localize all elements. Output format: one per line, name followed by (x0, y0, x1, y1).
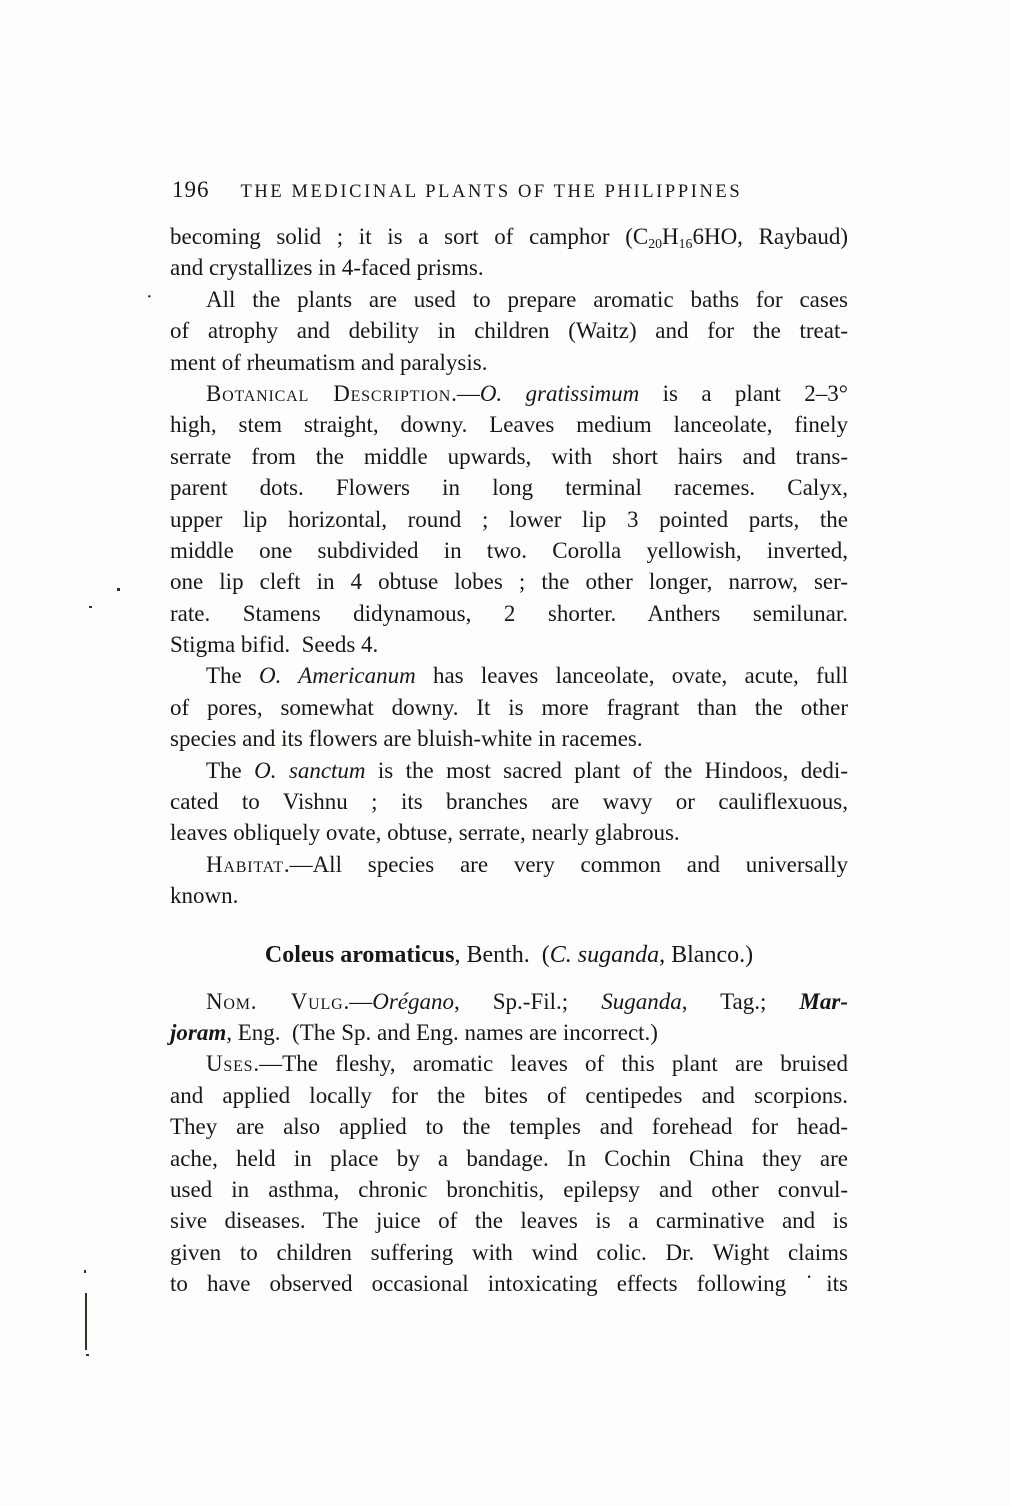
text-run: and crystallizes in 4-faced prisms. (170, 255, 484, 280)
text-run: is a plant 2–3° (639, 381, 848, 406)
text-line: given to children suffering with wind co… (170, 1237, 848, 1268)
text-line: Botanical Description.—O. gratissimum is… (170, 378, 848, 409)
text-run: They are also applied to the temples and… (170, 1114, 848, 1139)
page-header: 196 THE MEDICINAL PLANTS OF THE PHILIPPI… (172, 177, 850, 203)
text-line: upper lip horizontal, round ; lower lip … (170, 504, 848, 535)
text-line: They are also applied to the temples and… (170, 1111, 848, 1142)
text-run: All the plants are used to prepare aroma… (206, 287, 848, 312)
text-run: The (206, 663, 259, 688)
text-run: one lip cleft in 4 obtuse lobes ; the ot… (170, 569, 848, 594)
text-run: O. sanctum (254, 758, 365, 783)
section-heading: Coleus aromaticus, Benth. (C. suganda, B… (170, 938, 848, 972)
text-line: of atrophy and debility in children (Wai… (170, 315, 848, 346)
text-run: , Tag.; (682, 989, 800, 1014)
text-run: O. gratissimum (480, 381, 639, 406)
text-run: cated to Vishnu ; its branches are wavy … (170, 789, 848, 814)
text-run: and applied locally for the bites of cen… (170, 1083, 848, 1108)
text-run: used in asthma, chronic bronchitis, epil… (170, 1177, 848, 1202)
text-line: one lip cleft in 4 obtuse lobes ; the ot… (170, 566, 848, 597)
text-run: Botanical Description (206, 381, 451, 406)
text-run: 20 (648, 236, 662, 251)
text-line: The O. sanctum is the most sacred plant … (170, 755, 848, 786)
text-line: serrate from the middle upwards, with sh… (170, 441, 848, 472)
ink-mark (84, 1270, 86, 1273)
text-run: given to children suffering with wind co… (170, 1240, 848, 1265)
text-run: is the most sacred plant of the Hindoos,… (366, 758, 848, 783)
running-title: THE MEDICINAL PLANTS OF THE PHILIPPINES (241, 182, 743, 203)
text-run: parent dots. Flowers in long terminal ra… (170, 475, 848, 500)
text-run: middle one subdivided in two. Corolla ye… (170, 538, 848, 563)
text-line: and applied locally for the bites of cen… (170, 1080, 848, 1111)
text-block: becoming solid ; it is a sort of camphor… (170, 221, 848, 1300)
text-line: leaves obliquely ovate, obtuse, serrate,… (170, 817, 848, 848)
text-run: leaves obliquely ovate, obtuse, serrate,… (170, 820, 680, 845)
text-run: , Blanco.) (659, 942, 753, 968)
text-run: Habitat (206, 852, 284, 877)
text-line: of pores, somewhat downy. It is more fra… (170, 692, 848, 723)
book-page: 196 THE MEDICINAL PLANTS OF THE PHILIPPI… (0, 0, 1010, 1506)
text-line: parent dots. Flowers in long terminal ra… (170, 472, 848, 503)
text-line: and crystallizes in 4-faced prisms. (170, 252, 848, 283)
text-run: sive diseases. The juice of the leaves i… (170, 1208, 848, 1233)
text-run: , Benth. ( (454, 942, 549, 968)
text-run: to have observed occasional intoxicating… (170, 1271, 848, 1296)
text-line: rate. Stamens didynamous, 2 shorter. Ant… (170, 598, 848, 629)
text-line: becoming solid ; it is a sort of camphor… (170, 221, 848, 252)
text-run: rate. Stamens didynamous, 2 shorter. Ant… (170, 601, 848, 626)
text-run: species and its flowers are bluish-white… (170, 726, 643, 751)
text-run: , Sp.-Fil.; (454, 989, 601, 1014)
text-run: Coleus aromaticus (265, 942, 455, 968)
page-number: 196 (172, 177, 210, 203)
text-run: .— (343, 989, 372, 1014)
text-run: high, stem straight, downy. Leaves mediu… (170, 412, 848, 437)
ink-mark (117, 588, 120, 591)
text-line: ·All the plants are used to prepare arom… (170, 284, 848, 315)
stray-ink-dot: · (146, 282, 153, 313)
text-line: species and its flowers are bluish-white… (170, 723, 848, 754)
text-line: cated to Vishnu ; its branches are wavy … (170, 786, 848, 817)
text-run: known. (170, 883, 238, 908)
text-run: upper lip horizontal, round ; lower lip … (170, 507, 848, 532)
ink-mark (89, 606, 92, 608)
text-run: The (206, 758, 254, 783)
text-run: becoming solid ; it is a sort of camphor… (170, 224, 648, 249)
text-run: O. Americanum (259, 663, 416, 688)
text-run: , Eng. (The Sp. and Eng. names are incor… (226, 1020, 658, 1045)
text-line: sive diseases. The juice of the leaves i… (170, 1205, 848, 1236)
text-run: ache, held in place by a bandage. In Coc… (170, 1146, 848, 1171)
text-run: Nom. Vulg (206, 989, 343, 1014)
text-line: joram, Eng. (The Sp. and Eng. names are … (170, 1017, 848, 1048)
text-run: 16 (679, 236, 693, 251)
text-run: Orégano (372, 989, 454, 1014)
text-line: ment of rheumatism and paralysis. (170, 347, 848, 378)
ink-mark (85, 1293, 87, 1350)
text-line: Habitat.—All species are very common and… (170, 849, 848, 880)
text-line: middle one subdivided in two. Corolla ye… (170, 535, 848, 566)
text-line: used in asthma, chronic bronchitis, epil… (170, 1174, 848, 1205)
text-line: Stigma bifid. Seeds 4. (170, 629, 848, 660)
text-line: ache, held in place by a bandage. In Coc… (170, 1143, 848, 1174)
text-run: Stigma bifid. Seeds 4. (170, 632, 378, 657)
text-run: H (662, 224, 679, 249)
text-run: serrate from the middle upwards, with sh… (170, 444, 848, 469)
text-run: .— (451, 381, 480, 406)
text-run: joram (170, 1020, 226, 1045)
ink-mark (86, 1354, 89, 1356)
text-line: Nom. Vulg.—Orégano, Sp.-Fil.; Suganda, T… (170, 986, 848, 1017)
text-run: Uses (206, 1051, 253, 1076)
text-line: high, stem straight, downy. Leaves mediu… (170, 409, 848, 440)
text-run: Suganda (601, 989, 682, 1014)
text-line: to have observed occasional intoxicating… (170, 1268, 848, 1299)
text-run: of atrophy and debility in children (Wai… (170, 318, 848, 343)
text-run: has leaves lanceolate, ovate, acute, ful… (416, 663, 848, 688)
text-run: ment of rheumatism and paralysis. (170, 350, 487, 375)
text-run: .—All species are very common and univer… (284, 852, 848, 877)
text-line: The O. Americanum has leaves lanceolate,… (170, 660, 848, 691)
text-run: Mar- (799, 989, 848, 1014)
text-run: of pores, somewhat downy. It is more fra… (170, 695, 848, 720)
text-run: .—The fleshy, aromatic leaves of this pl… (253, 1051, 848, 1076)
text-run: 6HO, Raybaud) (692, 224, 848, 249)
text-run: C. suganda (550, 942, 659, 968)
text-line: Uses.—The fleshy, aromatic leaves of thi… (170, 1048, 848, 1079)
text-line: known. (170, 880, 848, 911)
